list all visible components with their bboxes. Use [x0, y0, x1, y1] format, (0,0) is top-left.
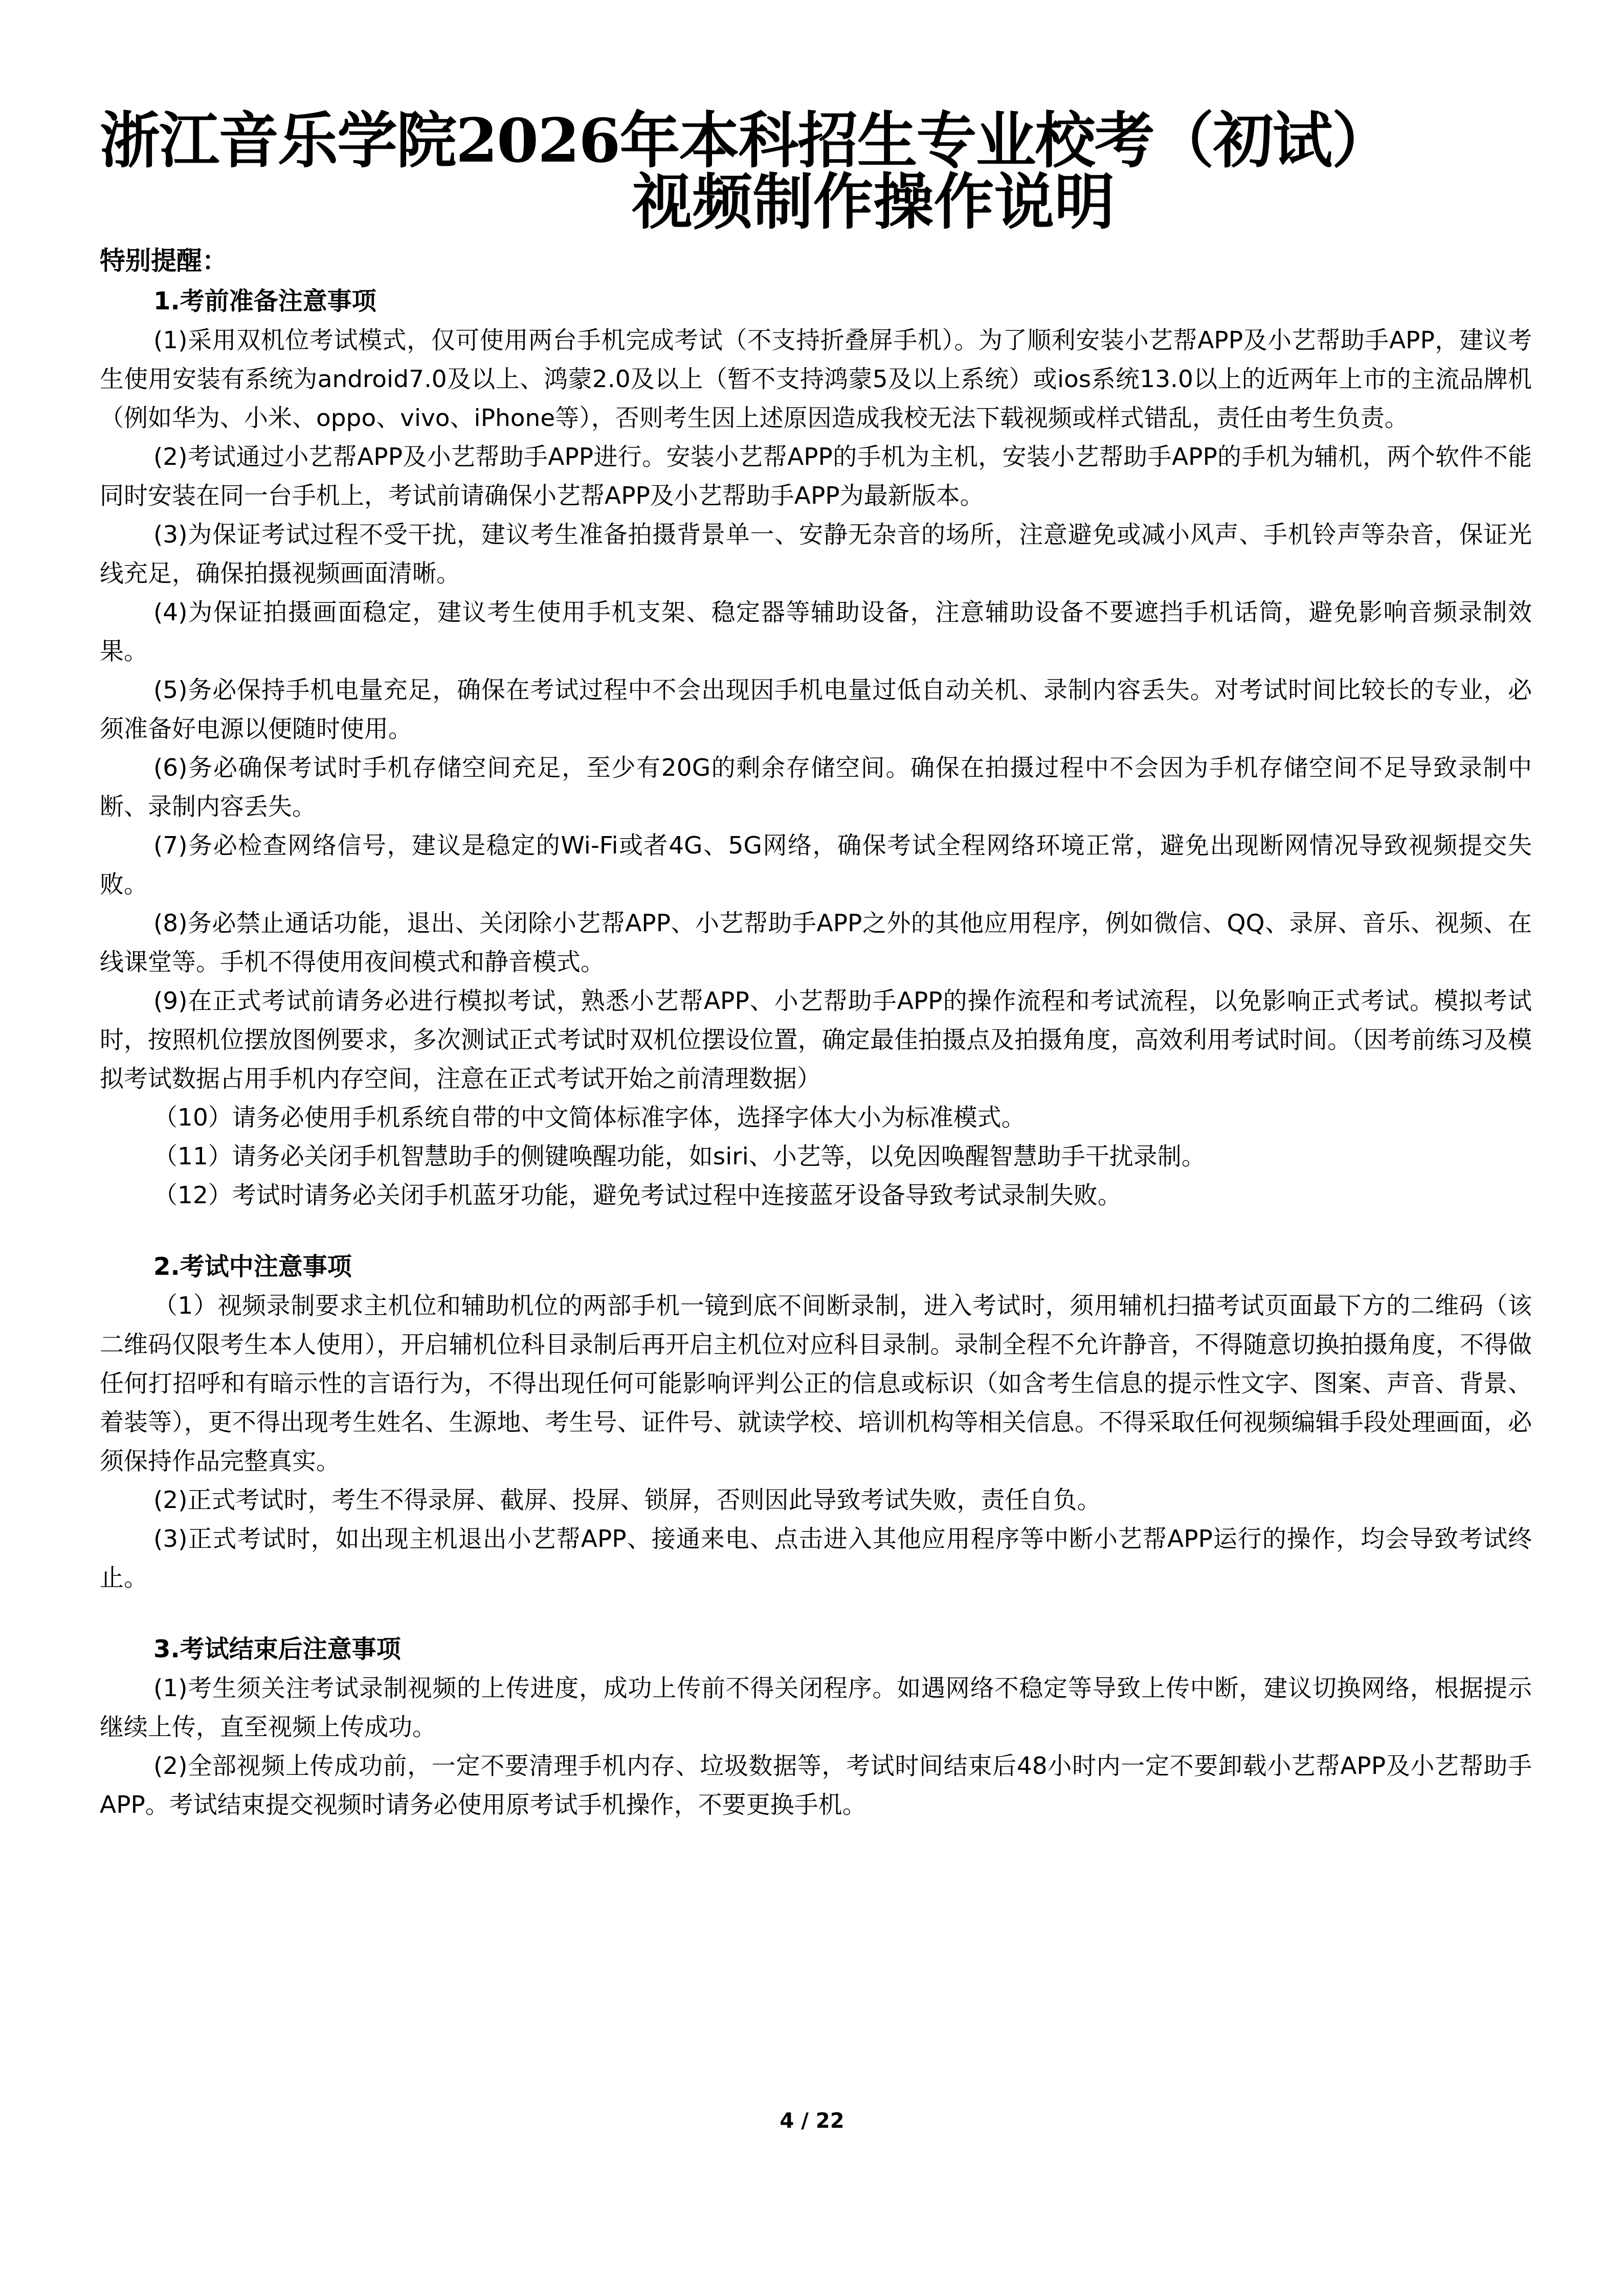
paragraph: (3)为保证考试过程不受干扰，建议考生准备拍摄背景单一、安静无杂音的场所，注意避…: [100, 515, 1532, 593]
paragraph: (7)务必检查网络信号，建议是稳定的Wi-Fi或者4G、5G网络，确保考试全程网…: [100, 826, 1532, 904]
section-after-exam: 3.考试结束后注意事项 (1)考生须关注考试录制视频的上传进度，成功上传前不得关…: [100, 1629, 1532, 1825]
section-during-exam: 2.考试中注意事项 （1）视频录制要求主机位和辅助机位的两部手机一镜到底不间断录…: [100, 1247, 1532, 1597]
paragraph: (1)考生须关注考试录制视频的上传进度，成功上传前不得关闭程序。如遇网络不稳定等…: [100, 1669, 1532, 1747]
page-title-line2: 视频制作操作说明: [0, 164, 1624, 240]
document-page: 浙江音乐学院2026年本科招生专业校考（初试） 视频制作操作说明 特别提醒： 1…: [0, 0, 1624, 2296]
paragraph: (1)采用双机位考试模式，仅可使用两台手机完成考试（不支持折叠屏手机）。为了顺利…: [100, 321, 1532, 438]
section-pre-exam: 1.考前准备注意事项 (1)采用双机位考试模式，仅可使用两台手机完成考试（不支持…: [100, 281, 1532, 1215]
paragraph: (2)正式考试时，考生不得录屏、截屏、投屏、锁屏，否则因此导致考试失败，责任自负…: [100, 1481, 1532, 1520]
page-number: 4 / 22: [0, 2109, 1624, 2133]
paragraph: (4)为保证拍摄画面稳定，建议考生使用手机支架、稳定器等辅助设备，注意辅助设备不…: [100, 593, 1532, 671]
paragraph: (3)正式考试时，如出现主机退出小艺帮APP、接通来电、点击进入其他应用程序等中…: [100, 1520, 1532, 1597]
paragraph: (2)考试通过小艺帮APP及小艺帮助手APP进行。安装小艺帮APP的手机为主机，…: [100, 438, 1532, 515]
paragraph: (2)全部视频上传成功前，一定不要清理手机内存、垃圾数据等，考试时间结束后48小…: [100, 1747, 1532, 1825]
special-reminder-label: 特别提醒：: [100, 240, 1532, 281]
paragraph: （10）请务必使用手机系统自带的中文简体标准字体，选择字体大小为标准模式。: [100, 1098, 1532, 1137]
paragraph: (8)务必禁止通话功能，退出、关闭除小艺帮APP、小艺帮助手APP之外的其他应用…: [100, 904, 1532, 982]
paragraph: (5)务必保持手机电量充足，确保在考试过程中不会出现因手机电量过低自动关机、录制…: [100, 671, 1532, 749]
paragraph: （12）考试时请务必关闭手机蓝牙功能，避免考试过程中连接蓝牙设备导致考试录制失败…: [100, 1176, 1532, 1215]
section-heading: 3.考试结束后注意事项: [100, 1629, 1532, 1669]
section-heading: 1.考前准备注意事项: [100, 281, 1532, 321]
section-heading: 2.考试中注意事项: [100, 1247, 1532, 1287]
document-body: 特别提醒： 1.考前准备注意事项 (1)采用双机位考试模式，仅可使用两台手机完成…: [100, 240, 1532, 1825]
paragraph: (9)在正式考试前请务必进行模拟考试，熟悉小艺帮APP、小艺帮助手APP的操作流…: [100, 982, 1532, 1098]
paragraph: （11）请务必关闭手机智慧助手的侧键唤醒功能，如siri、小艺等，以免因唤醒智慧…: [100, 1137, 1532, 1176]
spacer: [100, 1215, 1532, 1247]
paragraph: (6)务必确保考试时手机存储空间充足，至少有20G的剩余存储空间。确保在拍摄过程…: [100, 749, 1532, 826]
paragraph: （1）视频录制要求主机位和辅助机位的两部手机一镜到底不间断录制，进入考试时，须用…: [100, 1287, 1532, 1481]
spacer: [100, 1597, 1532, 1629]
